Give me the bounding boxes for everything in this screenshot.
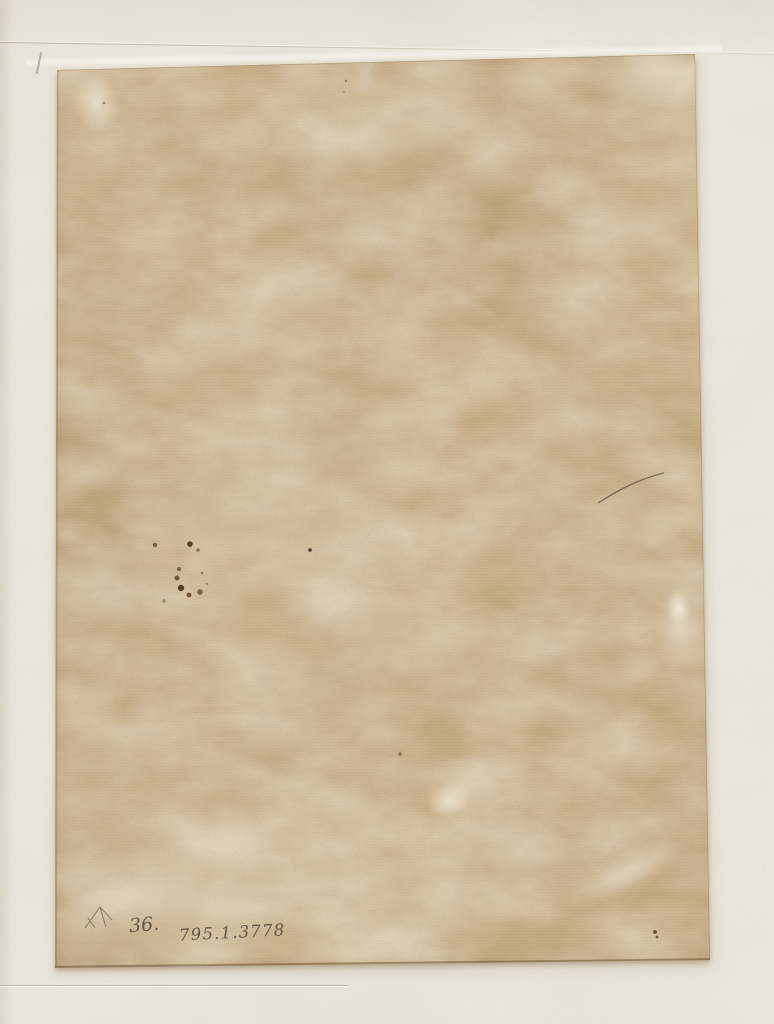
sheet-grain-layer: [55, 54, 710, 968]
sheet-bottom-edge: [55, 960, 710, 968]
abrasion-patch-top-right: [583, 50, 705, 110]
ink-stain-dot: [187, 593, 192, 598]
ink-stain-dot: [177, 567, 181, 571]
ink-stain-dot: [153, 543, 157, 547]
light-zone-bottom-left: [83, 842, 293, 978]
ink-stain-cluster: [153, 541, 208, 603]
paper-sheet-shadow-wrap: 36. 795.1.3778: [55, 54, 710, 968]
abrasion-patch-right-edge: [655, 578, 707, 664]
abrasion-patch-top-left: [71, 75, 122, 137]
pencil-stroke: [598, 473, 664, 503]
verso-scan: 36. 795.1.3778: [0, 0, 774, 1024]
brown-speck: [653, 930, 657, 934]
ink-stain-dot: [201, 572, 204, 575]
paper-sheet: 36. 795.1.3778: [55, 54, 710, 968]
small-speck: [103, 102, 106, 105]
inscription-plate-number: 36.: [128, 913, 160, 938]
ink-stain-dot: [178, 585, 184, 591]
small-speck: [343, 91, 345, 93]
ink-stain-dot: [196, 548, 200, 552]
small-speck: [345, 80, 347, 82]
sheet-dark-mottle-layer: [55, 54, 710, 968]
ink-stain-dot: [206, 583, 208, 585]
abrasion-streak-bottom-right: [560, 832, 686, 919]
ink-stain-dot: [162, 599, 166, 603]
sheet-top-edge: [57, 54, 695, 70]
sheet-left-edge: [56, 70, 58, 967]
abrasion-blotch-center-bottom: [415, 753, 503, 831]
smudge-top-center: [352, 51, 379, 100]
sheet-edge-shading: [55, 54, 710, 967]
sheet-marks: [55, 54, 710, 968]
sheet-light-mottle-layer: [55, 54, 710, 968]
ink-stain-dot: [175, 576, 180, 581]
sheet-right-edge: [695, 55, 710, 961]
pencil-check-mark: [85, 907, 112, 928]
ink-stain-dot: [187, 541, 193, 547]
ink-stain-dot: [197, 589, 203, 595]
brown-speck: [656, 936, 659, 939]
foxing-specks: [103, 80, 659, 939]
mount-emboss-line: [0, 985, 348, 986]
black-speck: [308, 548, 311, 551]
inscription-accession-number: 795.1.3778: [179, 920, 286, 945]
brown-speck: [398, 752, 402, 756]
sheet-texture: [55, 54, 710, 968]
